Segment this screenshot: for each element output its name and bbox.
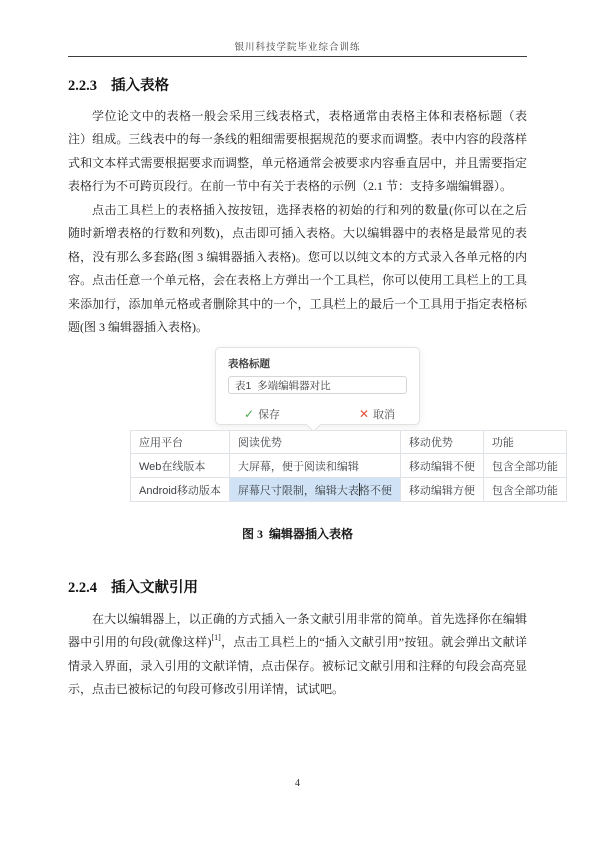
section-number: 2.2.4 — [68, 580, 97, 596]
header-rule — [68, 56, 527, 57]
section-title: 插入文献引用 — [111, 580, 198, 596]
table-header-cell[interactable]: 功能 — [483, 431, 566, 454]
citation-ref-marker: [1] — [211, 633, 220, 642]
running-header: 银川科技学院毕业综合训练 — [0, 39, 595, 53]
table-cell[interactable]: 移动编辑方便 — [400, 478, 483, 502]
table-header-row: 应用平台 阅读优势 移动优势 功能 — [131, 431, 567, 454]
document-page: 银川科技学院毕业综合训练 2.2.3插入表格 学位论文中的表格一般会采用三线表格… — [0, 0, 595, 842]
table-title-label: 表格标题 — [228, 356, 407, 371]
paragraph-citation-howto: 在大以编辑器上，以正确的方式插入一条文献引用非常的简单。首先选择你在编辑器中引用… — [68, 608, 527, 702]
table-header-cell[interactable]: 阅读优势 — [229, 431, 400, 454]
section-heading-insert-table: 2.2.3插入表格 — [68, 74, 527, 95]
paragraph-table-howto: 点击工具栏上的表格插入按按钮，选择表格的初始的行和列的数量(你可以在之后随时新增… — [68, 199, 527, 339]
save-button-label: 保存 — [258, 406, 280, 422]
paragraph-table-intro: 学位论文中的表格一般会采用三线表格式，表格通常由表格主体和表格标题（表注）组成。… — [68, 105, 527, 199]
section-heading-insert-citation: 2.2.4插入文献引用 — [68, 576, 527, 597]
section-number: 2.2.3 — [68, 78, 97, 94]
cancel-button-label: 取消 — [373, 406, 395, 422]
table-row: Web在线版本 大屏幕，便于阅读和编辑 移动编辑不便 包含全部功能 — [131, 454, 567, 478]
table-row: Android移动版本 屏幕尺寸限制，编辑大表格不便 移动编辑方便 包含全部功能 — [131, 478, 567, 502]
table-cell[interactable]: 大屏幕，便于阅读和编辑 — [229, 454, 400, 478]
table-title-popup: 表格标题 ✓ 保存 ✕ 取消 — [215, 347, 420, 425]
table-cell[interactable]: 包含全部功能 — [483, 478, 566, 502]
highlighted-cell-text: 屏幕尺寸限制，编辑大表格不便 — [238, 485, 392, 497]
table-header-cell[interactable]: 应用平台 — [131, 431, 230, 454]
table-cell[interactable]: Web在线版本 — [131, 454, 230, 478]
table-cell[interactable]: 移动编辑不便 — [400, 454, 483, 478]
table-cell-highlighted[interactable]: 屏幕尺寸限制，编辑大表格不便 — [229, 478, 400, 502]
page-number: 4 — [0, 778, 595, 789]
cancel-button[interactable]: ✕ 取消 — [359, 406, 395, 422]
editor-table: 应用平台 阅读优势 移动优势 功能 Web在线版本 大屏幕，便于阅读和编辑 移动… — [130, 430, 567, 502]
figure-caption: 图 3 编辑器插入表格 — [0, 525, 595, 542]
text-cursor-caret — [359, 483, 360, 496]
save-button[interactable]: ✓ 保存 — [244, 406, 280, 422]
popup-button-row: ✓ 保存 ✕ 取消 — [228, 406, 407, 422]
cancel-x-icon: ✕ — [359, 407, 369, 421]
table-cell[interactable]: 包含全部功能 — [483, 454, 566, 478]
table-title-input[interactable] — [228, 376, 407, 394]
table-header-cell[interactable]: 移动优势 — [400, 431, 483, 454]
table-cell[interactable]: Android移动版本 — [131, 478, 230, 502]
figure-editor-table-screenshot: 表格标题 ✓ 保存 ✕ 取消 应用平台 阅读优势 移动优势 功能 — [0, 345, 595, 507]
section-title: 插入表格 — [111, 78, 169, 94]
save-check-icon: ✓ — [244, 407, 254, 421]
